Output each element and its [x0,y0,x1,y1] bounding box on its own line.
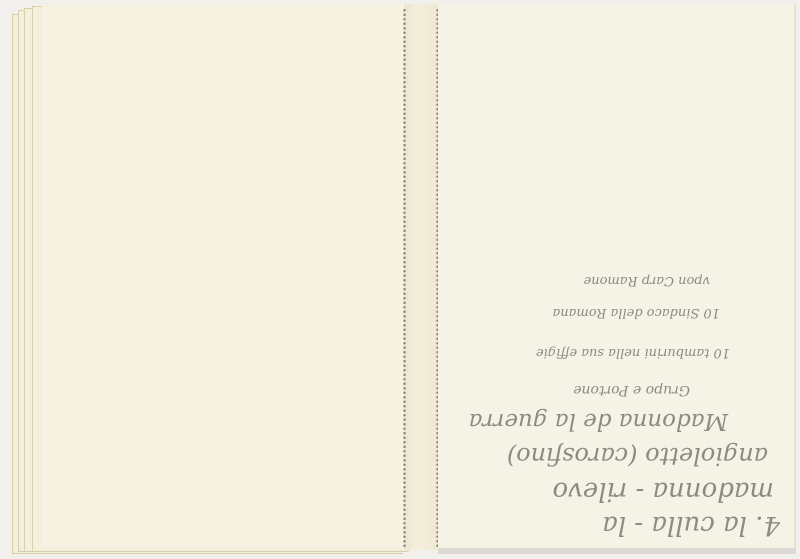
handwriting-line: madonna - rilevo [552,476,774,506]
perforation-left [403,8,406,548]
handwritten-notes: 4. la culla - la madonna - rilevo angiol… [440,250,790,550]
handwriting-line: Madonna de la guerra [469,408,728,434]
binding-gutter [404,4,438,550]
handwriting-line: 10 Sindaco della Romana [553,305,720,320]
left-page-blank [42,4,408,548]
handwriting-line: 4. la culla - la [602,510,780,540]
handwriting-line: Grupo e Portone [573,382,690,398]
handwriting-line: 10 tamburini nella sua effigie [536,345,730,360]
handwriting-line: angioletto (carosfino) [507,442,768,470]
handwriting-line: vpon Carp Ramone [584,273,710,288]
